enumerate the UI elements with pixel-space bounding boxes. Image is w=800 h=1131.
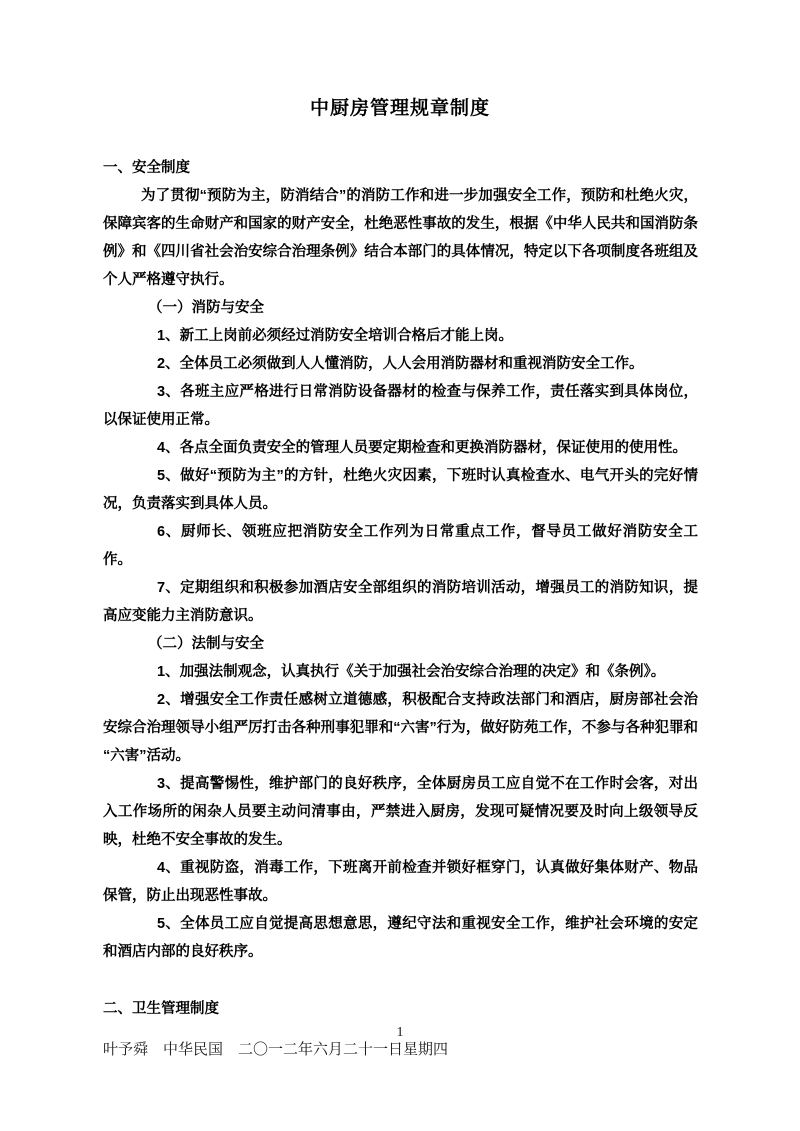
document-body: 一、安全制度 为了贯彻“预防为主，防消结合”的消防工作和进一步加强安全工作，预防… — [103, 154, 698, 1023]
footer-signature-line: 叶予舜 中华民国 二〇一二年六月二十一日星期四 — [103, 1040, 697, 1060]
subsection-1-1-item-3: 3、各班主应严格进行日常消防设备器材的检查与保养工作，责任落实到具体岗位，以保证… — [103, 378, 698, 434]
document-title: 中厨房管理规章制度 — [0, 0, 800, 122]
subsection-1-1-item-7: 7、定期组织和积极参加酒店安全部组织的消防培训活动，增强员工的消防知识，提高应变… — [103, 574, 698, 630]
subsection-1-1-heading: （一）消防与安全 — [103, 294, 698, 322]
section-1-heading: 一、安全制度 — [103, 154, 698, 182]
section-1-intro-paragraph: 为了贯彻“预防为主，防消结合”的消防工作和进一步加强安全工作，预防和杜绝火灾，保… — [103, 182, 698, 294]
subsection-1-1-item-4: 4、各点全面负责安全的管理人员要定期检查和更换消防器材，保证使用的使用性。 — [103, 434, 698, 462]
subsection-1-2-item-4: 4、重视防盗，消毒工作，下班离开前检查并锁好框穿门，认真做好集体财产、物品保管，… — [103, 854, 698, 910]
subsection-1-1-item-5: 5、做好“预防为主”的方针，杜绝火灾因素，下班时认真检查水、电气开头的完好情况，… — [103, 462, 698, 518]
section-2-heading: 二、卫生管理制度 — [103, 995, 698, 1023]
document-page: 中厨房管理规章制度 一、安全制度 为了贯彻“预防为主，防消结合”的消防工作和进一… — [0, 0, 800, 1131]
subsection-1-2-item-2: 2、增强安全工作责任感树立道德感，积极配合支持政法部门和酒店，厨房部社会治安综合… — [103, 686, 698, 770]
subsection-1-2-item-5: 5、全体员工应自觉提高思想意思，遵纪守法和重视安全工作，维护社会环境的安定和酒店… — [103, 910, 698, 966]
subsection-1-1-item-6: 6、厨师长、领班应把消防安全工作列为日常重点工作，督导员工做好消防安全工作。 — [103, 518, 698, 574]
subsection-1-1-item-2: 2、全体员工必须做到人人懂消防，人人会用消防器材和重视消防安全工作。 — [103, 350, 698, 378]
subsection-1-2-heading: （二）法制与安全 — [103, 630, 698, 658]
subsection-1-1-item-1: 1、新工上岗前必须经过消防安全培训合格后才能上岗。 — [103, 322, 698, 350]
subsection-1-2-item-1: 1、加强法制观念，认真执行《关于加强社会治安综合治理的决定》和《条例》。 — [103, 658, 698, 686]
subsection-1-2-item-3: 3、提高警惕性，维护部门的良好秩序，全体厨房员工应自觉不在工作时会客，对出入工作… — [103, 770, 698, 854]
